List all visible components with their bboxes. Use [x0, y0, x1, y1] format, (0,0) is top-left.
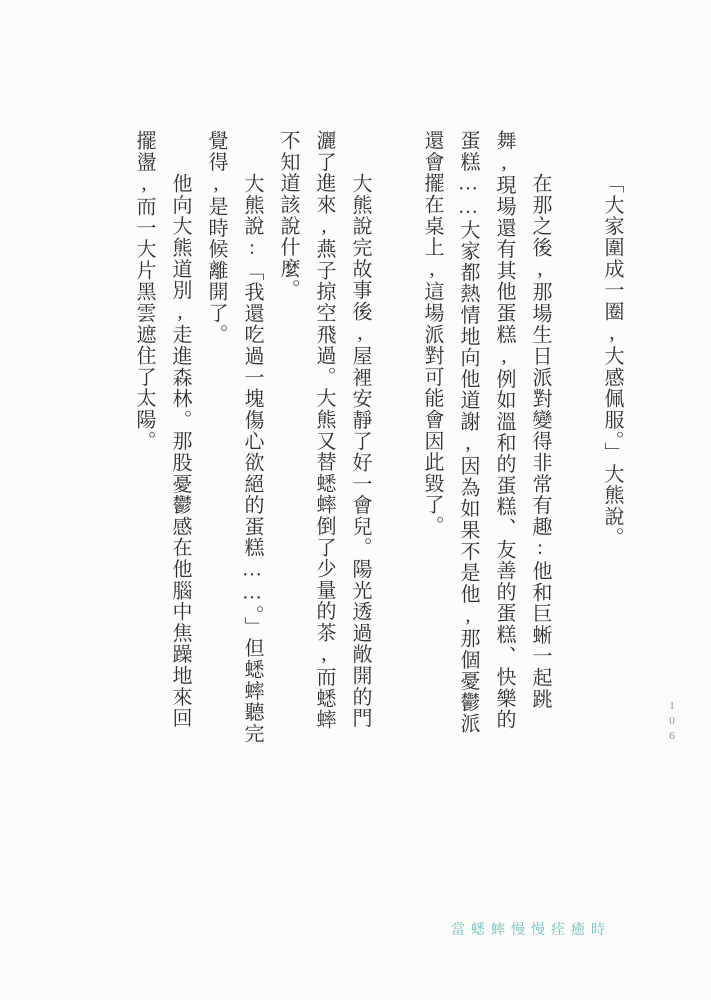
story-paragraph: 「大家圍成一圈,大感佩服。」大熊說。	[594, 130, 630, 750]
story-paragraph: 大熊說完故事後,屋裡安靜了好一會兒。陽光透過敞開的門灑了進來,燕子掠空飛過。大熊…	[270, 130, 378, 750]
story-paragraph: 大熊說:「我還吃過一塊傷心欲絕的蛋糕……。」但蟋蟀聽完覺得,是時候離開了。	[198, 130, 270, 750]
page-number: 106	[666, 700, 678, 745]
story-paragraph: 他向大熊道別,走進森林。那股憂鬱感在他腦中焦躁地來回擺盪,而一大片黑雲遮住了太陽…	[126, 130, 198, 750]
running-title: 當蟋蟀慢慢痊癒時	[451, 919, 611, 939]
story-paragraph: 在那之後,那場生日派對變得非常有趣:他和巨蜥一起跳舞,現場還有其他蛋糕,例如溫和…	[414, 130, 558, 750]
story-text: 「大家圍成一圈,大感佩服。」大熊說。 在那之後,那場生日派對變得非常有趣:他和巨…	[126, 130, 630, 750]
book-page: 「大家圍成一圈,大感佩服。」大熊說。 在那之後,那場生日派對變得非常有趣:他和巨…	[0, 0, 711, 1000]
